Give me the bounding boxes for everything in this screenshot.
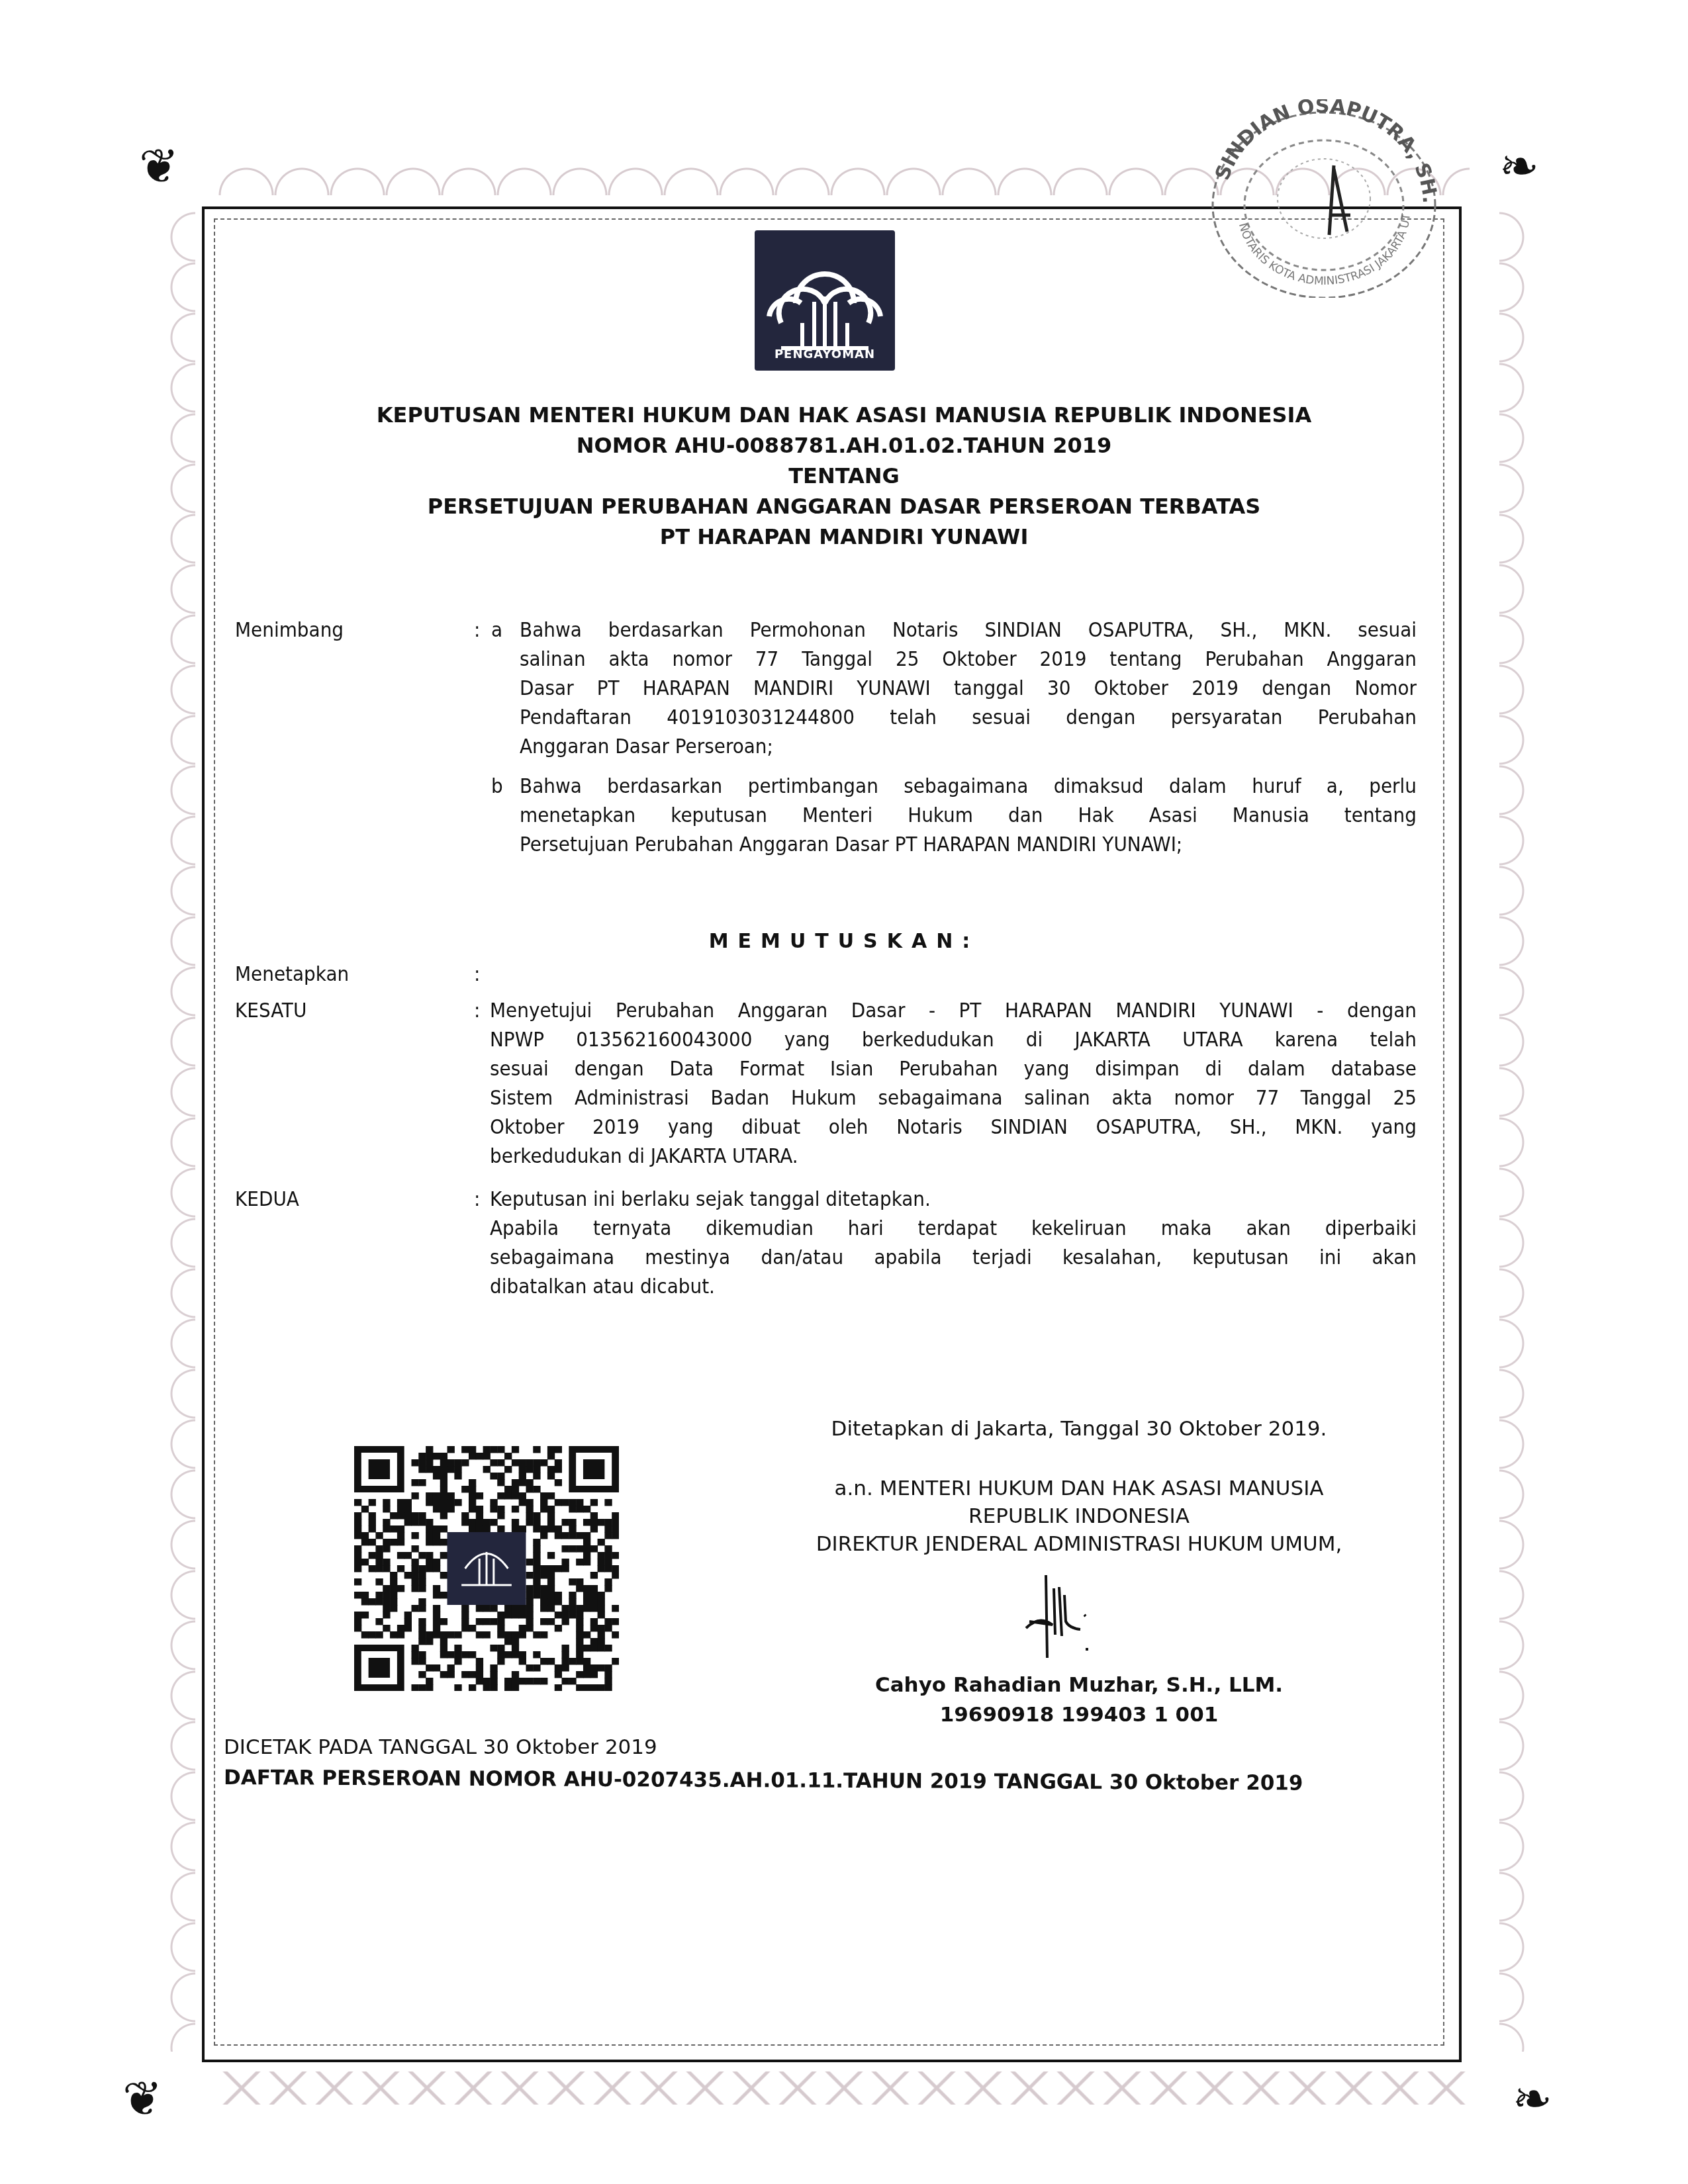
on-behalf-line-2: REPUBLIK INDONESIA <box>781 1502 1377 1530</box>
on-behalf-line-1: a.n. MENTERI HUKUM DAN HAK ASASI MANUSIA <box>781 1475 1377 1502</box>
corner-flourish-icon: ❧ <box>1499 142 1539 190</box>
decree-number: NOMOR AHU-0088781.AH.01.02.TAHUN 2019 <box>199 430 1489 461</box>
text-line: Anggaran Dasar Perseroan; <box>520 732 1417 761</box>
signatory-nip: 19690918 199403 1 001 <box>781 1701 1377 1729</box>
kedua-colon: : <box>474 1185 480 1214</box>
document-title: KEPUTUSAN MENTERI HUKUM DAN HAK ASASI MA… <box>199 400 1489 552</box>
item-letter-a: a <box>491 615 502 645</box>
text-line: sebagaimana mestinya dan/atau apabila te… <box>490 1243 1417 1272</box>
handwritten-signature-icon <box>1006 1575 1112 1670</box>
company-name: PT HARAPAN MANDIRI YUNAWI <box>199 522 1489 552</box>
text-line: Menyetujui Perubahan Anggaran Dasar - PT… <box>490 996 1417 1025</box>
text-line: Bahwa berdasarkan Permohonan Notaris SIN… <box>520 615 1417 645</box>
text-line: Dasar PT HARAPAN MANDIRI YUNAWI tanggal … <box>520 674 1417 703</box>
menimbang-item-b: Bahwa berdasarkan pertimbangan sebagaima… <box>520 772 1417 859</box>
text-line: Keputusan ini berlaku sejak tanggal dite… <box>490 1185 1417 1214</box>
kesatu-text: Menyetujui Perubahan Anggaran Dasar - PT… <box>490 996 1417 1171</box>
text-line: menetapkan keputusan Menteri Hukum dan H… <box>520 801 1417 830</box>
notary-stamp: SINDIAN OSAPUTRA, SH.,M.Kn NOTARIS KOTA … <box>1198 99 1450 298</box>
garuda-seal-icon: SINDIAN OSAPUTRA, SH.,M.Kn NOTARIS KOTA … <box>1198 99 1450 298</box>
text-line: Sistem Administrasi Badan Hukum sebagaim… <box>490 1083 1417 1113</box>
qr-code-icon <box>354 1446 619 1691</box>
kedua-label: KEDUA <box>235 1185 299 1214</box>
text-line: dibatalkan atau dicabut. <box>490 1272 1417 1301</box>
corner-flourish-icon: ❦ <box>139 142 179 190</box>
printed-date: DICETAK PADA TANGGAL 30 Oktober 2019 <box>224 1735 657 1759</box>
text-line: NPWP 013562160043000 yang berkedudukan d… <box>490 1025 1417 1054</box>
text-line: Persetujuan Perubahan Anggaran Dasar PT … <box>520 830 1417 859</box>
item-letter-b: b <box>491 772 503 801</box>
menimbang-colon: : <box>474 615 480 645</box>
memutuskan-heading: MEMUTUSKAN: <box>0 930 1688 953</box>
svg-text:SINDIAN OSAPUTRA, SH.,M.Kn: SINDIAN OSAPUTRA, SH.,M.Kn <box>1198 99 1441 204</box>
place-date: Ditetapkan di Jakarta, Tanggal 30 Oktobe… <box>781 1415 1377 1443</box>
kesatu-colon: : <box>474 996 480 1025</box>
text-line: sesuai dengan Data Format Isian Perubaha… <box>490 1054 1417 1083</box>
logo-label: PENGAYOMAN <box>755 347 895 361</box>
kedua-text: Keputusan ini berlaku sejak tanggal dite… <box>490 1185 1417 1301</box>
ornamental-border-bottom <box>218 2071 1470 2105</box>
text-line: Apabila ternyata dikemudian hari terdapa… <box>490 1214 1417 1243</box>
text-line: Oktober 2019 yang dibuat oleh Notaris SI… <box>490 1113 1417 1142</box>
text-line: Pendaftaran 4019103031244800 telah sesua… <box>520 703 1417 732</box>
title-line-3: TENTANG <box>199 461 1489 491</box>
pengayoman-logo: PENGAYOMAN <box>755 230 895 371</box>
verification-qr-code <box>354 1446 619 1691</box>
kesatu-label: KESATU <box>235 996 306 1025</box>
menimbang-section: Menimbang : a Bahwa berdasarkan Permohon… <box>0 615 1688 880</box>
title-line-4: PERSETUJUAN PERUBAHAN ANGGARAN DASAR PER… <box>199 491 1489 522</box>
text-line: Bahwa berdasarkan pertimbangan sebagaima… <box>520 772 1417 801</box>
text-line: salinan akta nomor 77 Tanggal 25 Oktober… <box>520 645 1417 674</box>
ornamental-border-right <box>1499 212 1559 2052</box>
menimbang-label: Menimbang <box>235 615 344 645</box>
menimbang-item-a: Bahwa berdasarkan Permohonan Notaris SIN… <box>520 615 1417 761</box>
text-line: berkedudukan di JAKARTA UTARA. <box>490 1142 1417 1171</box>
corner-flourish-icon: ❧ <box>1513 2075 1552 2122</box>
title-line-1: KEPUTUSAN MENTERI HUKUM DAN HAK ASASI MA… <box>199 400 1489 430</box>
menetapkan-label: Menetapkan <box>235 960 349 989</box>
ornamental-border-left <box>136 212 195 2052</box>
corner-flourish-icon: ❦ <box>122 2075 162 2122</box>
menetapkan-colon: : <box>474 960 480 989</box>
signatory-name: Cahyo Rahadian Muzhar, S.H., LLM. <box>781 1671 1377 1699</box>
signatory-position: DIREKTUR JENDERAL ADMINISTRASI HUKUM UMU… <box>781 1530 1377 1558</box>
